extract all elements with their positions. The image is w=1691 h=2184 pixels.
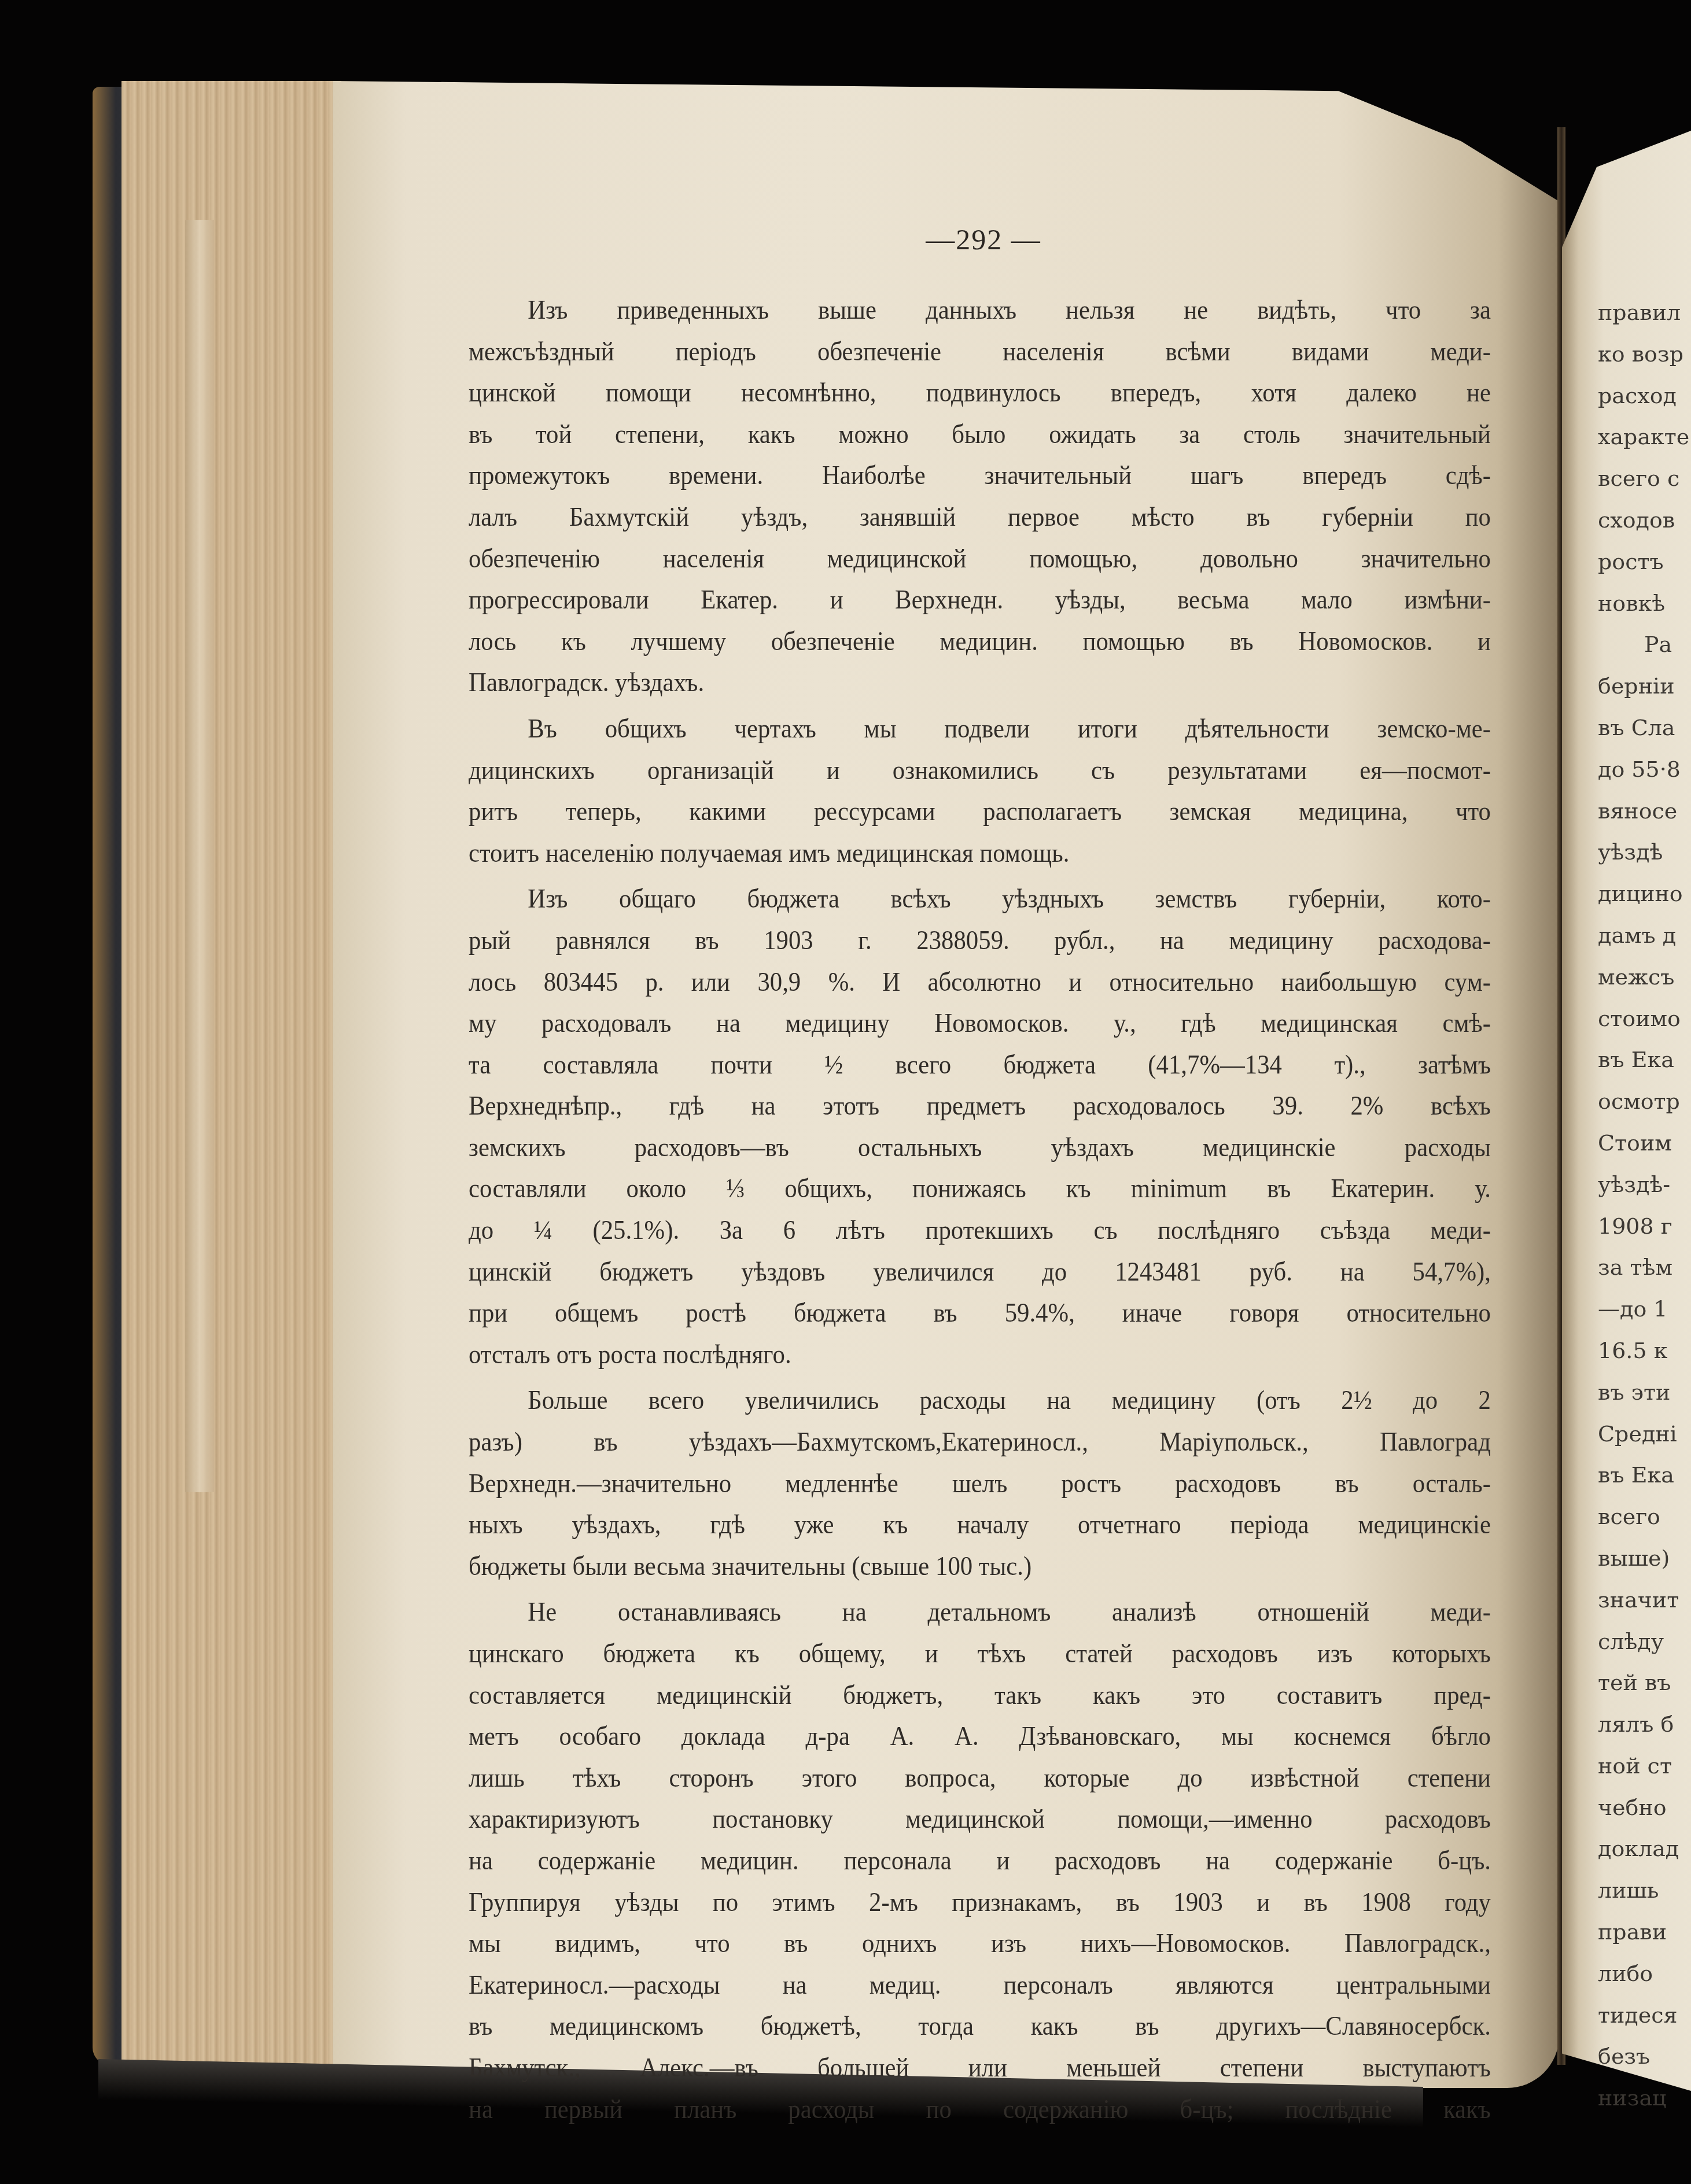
text-line: ныхъ уѣздахъ, гдѣ уже къ началу отчетнаг… [469, 1504, 1491, 1545]
paragraph: Изъ приведенныхъ выше данныхъ нельзя не … [469, 289, 1426, 703]
text-line: въ той степени, какъ можно было ожидать … [469, 414, 1491, 455]
text-line: Изъ приведенныхъ выше данныхъ нельзя не … [469, 289, 1491, 331]
text-line: Группируя уѣзды по этимъ 2-мъ признакамъ… [469, 1882, 1491, 1923]
text-line: земскихъ расходовъ—въ остальныхъ уѣздахъ… [469, 1127, 1491, 1168]
text-line: бюджеты были весьма значительны (свыше 1… [469, 1545, 1491, 1587]
text-line: лось къ лучшему обезпеченіе медицин. пом… [469, 621, 1491, 662]
text-line: берніи [1598, 666, 1691, 707]
text-line: до ¼ (25.1%). За 6 лѣтъ протекшихъ съ по… [469, 1209, 1491, 1251]
text-line: Не останавливаясь на детальномъ анализѣ … [469, 1591, 1491, 1633]
text-line: уѣздѣ- [1598, 1164, 1691, 1206]
text-line: Бахмутск., Алекс.—въ большей или меньшей… [469, 2047, 1491, 2089]
text-line: составляется медицинскій бюджетъ, такъ к… [469, 1674, 1491, 1716]
text-line: межсъѣздный періодъ обезпеченіе населені… [469, 331, 1491, 372]
text-line: лялъ б [1598, 1704, 1691, 1746]
text-line: дицино [1598, 873, 1691, 915]
text-line: му расходовалъ на медицину Новомосков. у… [469, 1002, 1491, 1044]
text-line: безъ [1598, 2036, 1691, 2078]
text-line: въ Ека [1598, 1039, 1691, 1081]
text-line: Верхнедн.—значительно медленнѣе шелъ рос… [469, 1463, 1491, 1504]
text-line: лишь [1598, 1870, 1691, 1912]
text-line: всего с [1598, 458, 1691, 500]
text-line: новкѣ [1598, 583, 1691, 625]
text-line: до 55·8 [1598, 749, 1691, 791]
text-line: ко возр [1598, 334, 1691, 375]
text-line: тей въ [1598, 1662, 1691, 1704]
text-line: цинскаго бюджета къ общему, и тѣхъ стате… [469, 1633, 1491, 1674]
text-line: значит [1598, 1580, 1691, 1621]
page-body-text: Изъ приведенныхъ выше данныхъ нельзя не … [469, 289, 1426, 2130]
text-line: слѣду [1598, 1621, 1691, 1663]
text-line: въ медицинскомъ бюджетѣ, тогда какъ въ д… [469, 2005, 1491, 2047]
text-line: въ эти [1598, 1372, 1691, 1414]
text-line: промежутокъ времени. Наиболѣе значительн… [469, 455, 1491, 496]
text-line: Павлоградск. уѣздахъ. [469, 662, 1491, 703]
text-line: прави [1598, 1912, 1691, 1953]
text-line: дицинскихъ организацій и ознакомились съ… [469, 750, 1491, 791]
text-line: мы видимъ, что въ однихъ изъ нихъ—Новомо… [469, 1923, 1491, 1964]
text-line: Въ общихъ чертахъ мы подвели итоги дѣяте… [469, 708, 1491, 750]
text-line: 1908 г [1598, 1206, 1691, 1248]
text-line: доклад [1598, 1828, 1691, 1870]
text-line: лишь тѣхъ сторонъ этого вопроса, которые… [469, 1757, 1491, 1799]
text-line: правил [1598, 292, 1691, 334]
text-line: всего [1598, 1496, 1691, 1538]
text-line: та составляла почти ½ всего бюджета (41,… [469, 1044, 1491, 1086]
text-line: стоимо [1598, 998, 1691, 1040]
text-line: Верхнеднѣпр., гдѣ на этотъ предметъ расх… [469, 1085, 1491, 1127]
text-line: при общемъ ростѣ бюджета въ 59.4%, иначе… [469, 1292, 1491, 1334]
text-line: межсъ [1598, 957, 1691, 998]
text-line: Средні [1598, 1414, 1691, 1455]
text-line: обезпеченію населенія медицинской помощь… [469, 538, 1491, 580]
text-line: составляли около ⅓ общихъ, понижаясь къ … [469, 1168, 1491, 1209]
text-line: характе [1598, 416, 1691, 458]
paragraph: Изъ общаго бюджета всѣхъ уѣздныхъ земств… [469, 878, 1426, 1375]
text-line: либо [1598, 1953, 1691, 1995]
text-line: на первый планъ расходы по содержанію б-… [469, 2089, 1491, 2130]
text-line: въ Ека [1598, 1455, 1691, 1496]
text-line: вяносе [1598, 791, 1691, 832]
text-line: стоитъ населенію получаемая имъ медицинс… [469, 832, 1491, 874]
text-line: уѣздѣ [1598, 832, 1691, 873]
right-page-text-fragment: правил ко возр расход характе всего с сх… [1598, 292, 1691, 2119]
text-line: Екатериносл.—расходы на медиц. персоналъ… [469, 1964, 1491, 2006]
text-line: выше) [1598, 1538, 1691, 1580]
text-line: за тѣм [1598, 1247, 1691, 1289]
text-line-underlined: прогрессировали Екатер. и Верхнедн. уѣзд… [469, 579, 1491, 621]
text-line: разъ) въ уѣздахъ—Бахмутскомъ,Екатериносл… [469, 1421, 1491, 1463]
text-line: чебно [1598, 1787, 1691, 1829]
paragraph: Больше всего увеличились расходы на меди… [469, 1379, 1426, 1587]
text-line: цинской помощи несомнѣнно, подвинулось в… [469, 372, 1491, 414]
text-line: ритъ теперь, какими рессурсами располага… [469, 791, 1491, 832]
page-edge-stack [121, 81, 341, 2088]
text-line: метъ особаго доклада д-ра А. А. Дзѣванов… [469, 1716, 1491, 1757]
text-line: —до 1 [1598, 1289, 1691, 1330]
text-line: дамъ д [1598, 915, 1691, 957]
text-line: Больше всего увеличились расходы на меди… [469, 1379, 1491, 1421]
text-line: расход [1598, 375, 1691, 417]
text-line: Стоим [1598, 1123, 1691, 1164]
text-line: 16.5 к [1598, 1330, 1691, 1372]
text-line: низац [1598, 2078, 1691, 2119]
text-line: отсталъ отъ роста послѣдняго. [469, 1334, 1491, 1375]
text-line: ростъ [1598, 541, 1691, 583]
text-line: рый равнялся въ 1903 г. 2388059. рубл., … [469, 920, 1491, 961]
text-line: характиризуютъ постановку медицинской по… [469, 1798, 1491, 1840]
text-line: на содержаніе медицин. персонала и расхо… [469, 1840, 1491, 1882]
paragraph: Не останавливаясь на детальномъ анализѣ … [469, 1591, 1426, 2130]
text-line: осмотр [1598, 1081, 1691, 1123]
text-line: въ Сла [1598, 707, 1691, 749]
text-line: ной ст [1598, 1746, 1691, 1787]
text-line: Изъ общаго бюджета всѣхъ уѣздныхъ земств… [469, 878, 1491, 920]
text-line: сходов [1598, 500, 1691, 541]
page-number: —292 — [914, 223, 1053, 256]
text-line: цинскій бюджетъ уѣздовъ увеличился до 12… [469, 1251, 1491, 1293]
text-line: лось 803445 р. или 30,9 %. И абсолютно и… [469, 961, 1491, 1003]
folded-page-edge [185, 220, 214, 1492]
paragraph: Въ общихъ чертахъ мы подвели итоги дѣяте… [469, 708, 1426, 873]
text-line: тидеся [1598, 1995, 1691, 2037]
text-line-underlined: лалъ Бахмутскій уѣздъ, занявшій первое м… [469, 496, 1491, 538]
text-line: Ра [1598, 624, 1691, 666]
